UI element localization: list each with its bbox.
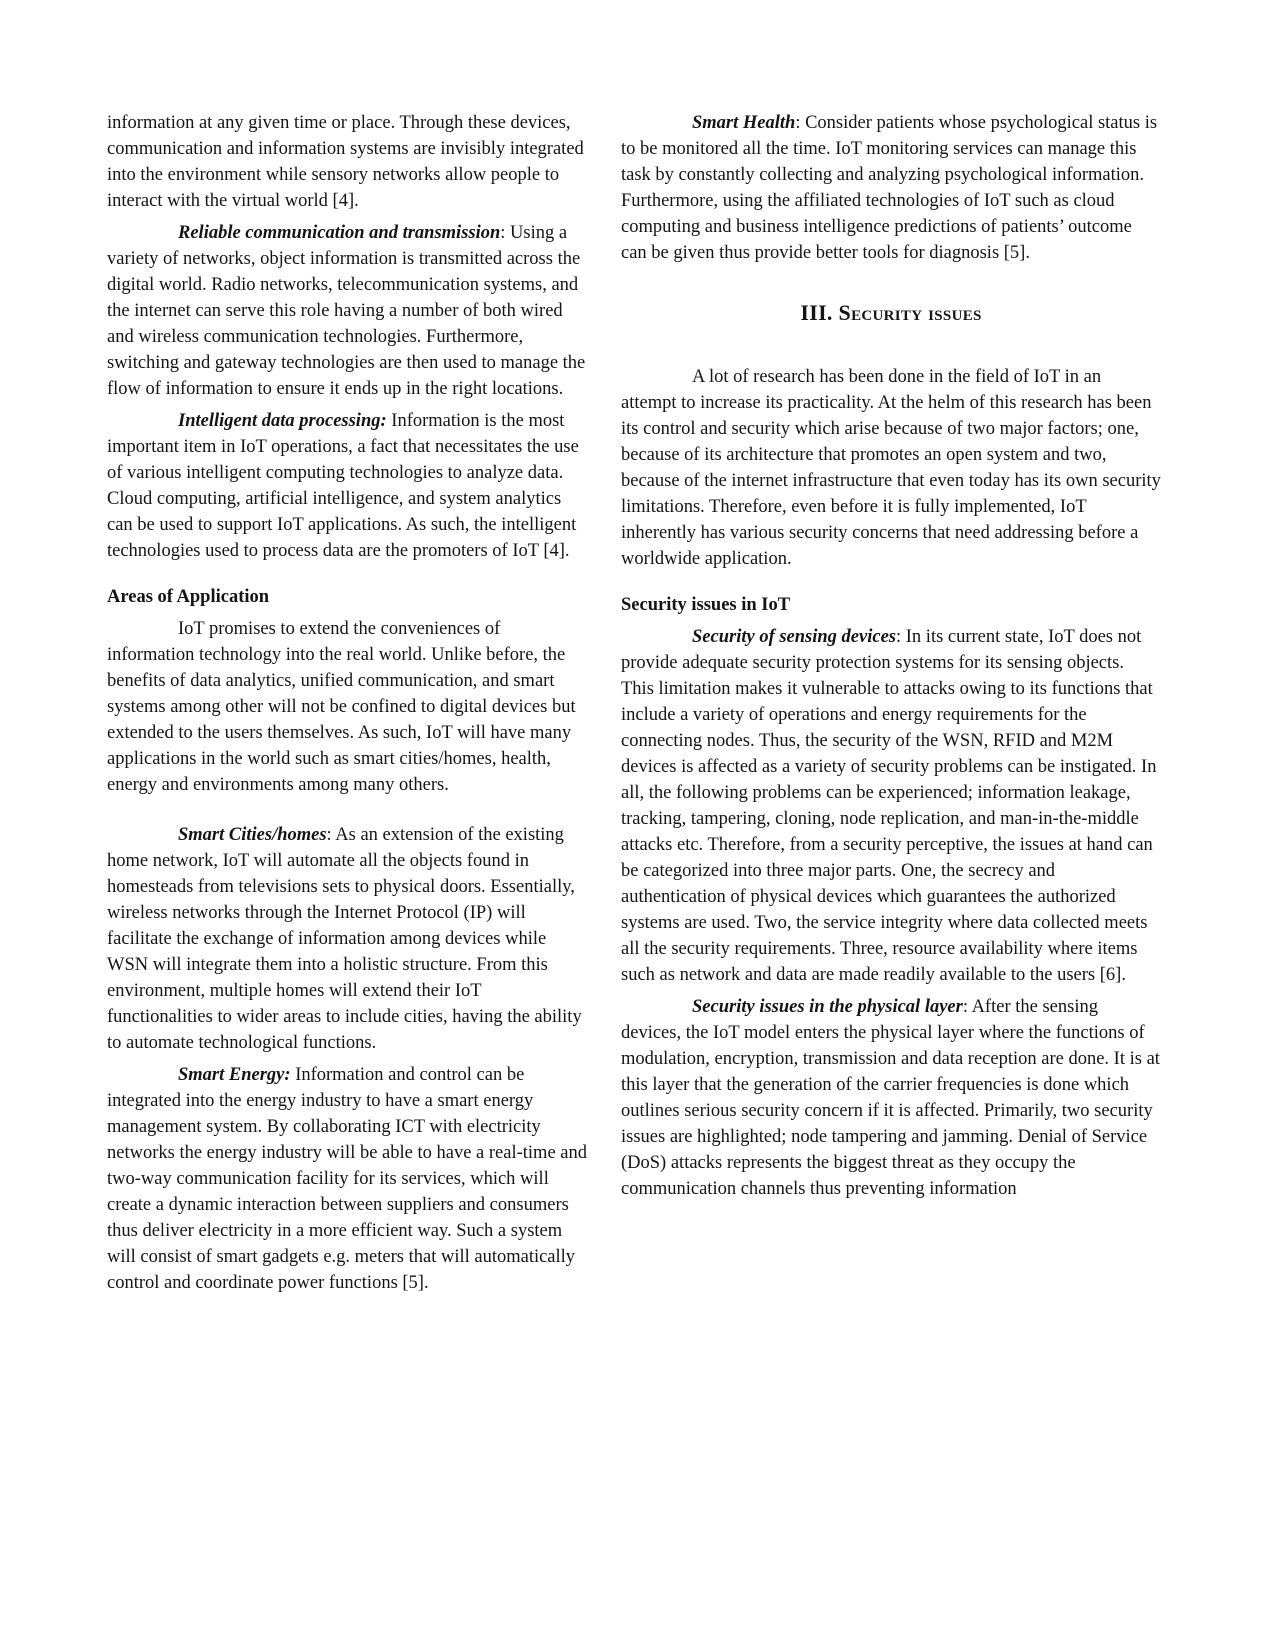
paragraph-text: A lot of research has been done in the f… bbox=[621, 367, 1161, 569]
paragraph-research-overview: A lot of research has been done in the f… bbox=[621, 364, 1161, 572]
paragraph-text: information at any given time or place. … bbox=[107, 113, 584, 211]
paragraph-lead: Smart Cities/homes bbox=[178, 825, 327, 845]
paragraph-security-of-sensing-devices: Security of sensing devices: In its curr… bbox=[621, 624, 1161, 988]
paragraph-lead: Smart Health bbox=[692, 113, 795, 133]
paragraph-reliable-communication: Reliable communication and transmission:… bbox=[107, 220, 591, 402]
paragraph-text: : After the sensing devices, the IoT mod… bbox=[621, 997, 1160, 1199]
paragraph-iot-promises: IoT promises to extend the conveniences … bbox=[107, 616, 591, 798]
paragraph-continuation: information at any given time or place. … bbox=[107, 110, 591, 214]
paragraph-smart-energy: Smart Energy: Information and control ca… bbox=[107, 1062, 591, 1296]
left-column: information at any given time or place. … bbox=[107, 110, 591, 1302]
paragraph-security-physical-layer: Security issues in the physical layer: A… bbox=[621, 994, 1161, 1202]
paragraph-lead: Smart Energy: bbox=[178, 1065, 291, 1085]
paragraph-text: : Consider patients whose psychological … bbox=[621, 113, 1157, 263]
paragraph-text: : In its current state, IoT does not pro… bbox=[621, 627, 1156, 985]
paragraph-text: Information and control can be integrate… bbox=[107, 1065, 587, 1293]
paragraph-lead: Reliable communication and transmission bbox=[178, 223, 500, 243]
paragraph-text: : Using a variety of networks, object in… bbox=[107, 223, 585, 399]
section-heading-areas-of-application: Areas of Application bbox=[107, 584, 591, 610]
right-column: Smart Health: Consider patients whose ps… bbox=[621, 110, 1161, 1302]
paragraph-smart-cities-homes: Smart Cities/homes: As an extension of t… bbox=[107, 822, 591, 1056]
subsection-heading-security-issues-in-iot: Security issues in IoT bbox=[621, 592, 1161, 618]
paragraph-lead: Security issues in the physical layer bbox=[692, 997, 963, 1017]
paragraph-lead: Intelligent data processing: bbox=[178, 411, 387, 431]
section-heading-security-issues: III. Security issues bbox=[621, 298, 1161, 328]
paragraph-text: Information is the most important item i… bbox=[107, 411, 579, 561]
paragraph-intelligent-data-processing: Intelligent data processing: Information… bbox=[107, 408, 591, 564]
paragraph-smart-health: Smart Health: Consider patients whose ps… bbox=[621, 110, 1161, 266]
paragraph-lead: Security of sensing devices bbox=[692, 627, 896, 647]
paragraph-text: IoT promises to extend the conveniences … bbox=[107, 619, 576, 795]
paragraph-text: : As an extension of the existing home n… bbox=[107, 825, 582, 1053]
paper-page: information at any given time or place. … bbox=[0, 0, 1275, 1650]
two-column-layout: information at any given time or place. … bbox=[107, 110, 1275, 1302]
